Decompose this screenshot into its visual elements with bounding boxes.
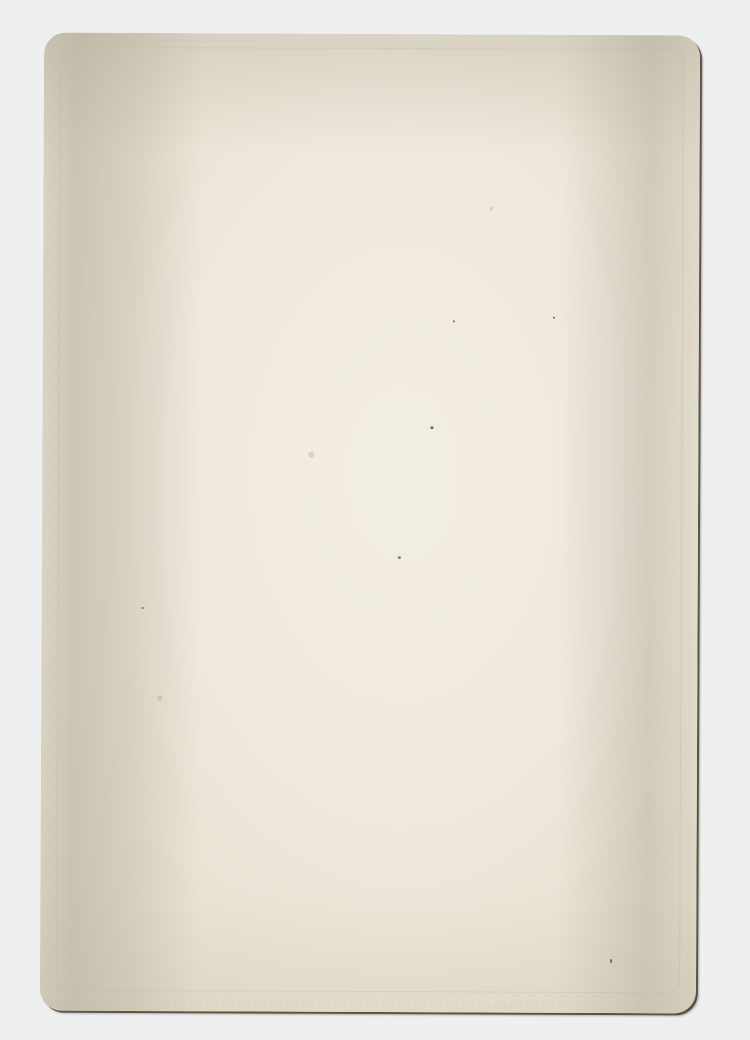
inner-frame <box>56 47 684 994</box>
cabinet-card <box>40 33 700 1014</box>
stain <box>308 452 314 458</box>
speck <box>453 320 455 322</box>
stain <box>157 695 162 701</box>
speck <box>610 959 612 963</box>
speck <box>430 426 433 429</box>
speck <box>553 317 555 319</box>
speck <box>142 607 144 609</box>
speck <box>398 556 401 559</box>
stain <box>489 207 493 211</box>
